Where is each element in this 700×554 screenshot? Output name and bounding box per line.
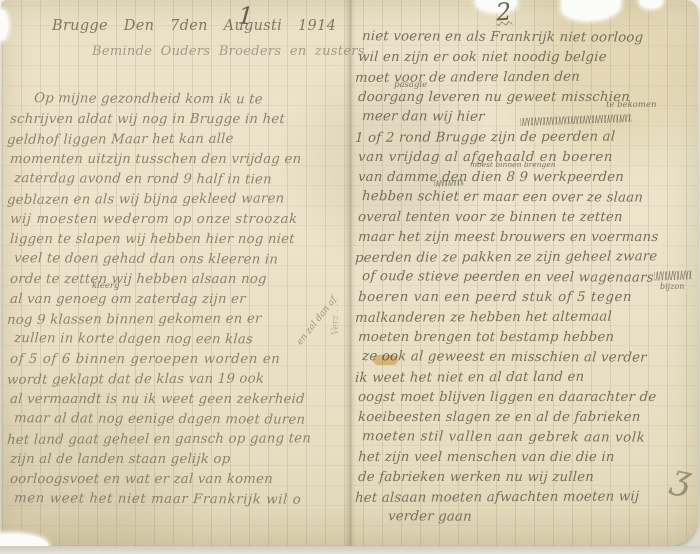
handwritten-line: al van genoeg om zaterdag zijn er bbox=[9, 290, 346, 310]
handwritten-line: zaterdag avond en rond 9 half in tien bbox=[13, 169, 346, 191]
handwritten-line: ze ook al geweest en misschien al verder bbox=[361, 347, 696, 369]
letter-date-heading: Brugge Den 7den Augusti 1914 bbox=[52, 18, 336, 34]
handwritten-line: de fabrieken werken nu wij zullen bbox=[357, 468, 696, 488]
handwritten-line: malkanderen ze hebben het altemaal bbox=[354, 307, 696, 329]
handwritten-line: het land gaat geheel en gansch op gang t… bbox=[6, 429, 346, 451]
handwritten-line: men weet het niet maar Frankrijk wil o bbox=[13, 489, 346, 511]
scribble-mark bbox=[654, 270, 692, 280]
letter-page-1: 1 Brugge Den 7den Augusti 1914 Beminde O… bbox=[6, 0, 346, 546]
handwritten-line: zijn al de landen staan gelijk op bbox=[9, 450, 346, 470]
handwritten-line: verder gaan bbox=[387, 507, 696, 529]
superscript-annotation-pasagie: pasagie bbox=[394, 80, 427, 90]
superscript-annotation-te-bekomen: te bekomen bbox=[606, 100, 656, 110]
page-number-2: 2 bbox=[495, 0, 512, 27]
handwritten-line: wordt geklapt dat de klas van 19 ook bbox=[6, 369, 346, 391]
handwritten-line: 1 of 2 rond Brugge zijn de peerden al bbox=[354, 127, 696, 149]
handwritten-line: niet voeren en als Frankrijk niet oorloo… bbox=[361, 27, 696, 49]
handwritten-line: het alsaan moeten afwachten moeten wij bbox=[354, 487, 696, 509]
page1-body-text: Op mijne gezondheid kom ik u teschrijven… bbox=[10, 90, 346, 510]
handwritten-line: het zijn veel menschen van die die in bbox=[357, 448, 696, 468]
superscript-annotation-moest-binnen-brengen: moest binnen brengen bbox=[470, 160, 556, 169]
handwritten-line: Op mijne gezondheid kom ik u te bbox=[33, 89, 346, 111]
handwritten-line: al vermaandt is nu ik weet geen zekerhei… bbox=[9, 390, 346, 410]
superscript-annotation-bijzon: bijzon bbox=[660, 282, 684, 291]
handwritten-line: boeren van een peerd stuk of 5 tegen bbox=[357, 288, 696, 308]
letter-page-2: 2 niet voeren en als Frankrijk niet oorl… bbox=[354, 0, 696, 546]
scribble-strikethrough-den bbox=[434, 179, 464, 186]
orange-pencil-highlight bbox=[373, 355, 398, 365]
handwritten-line: veel te doen gehad dan ons kleeren in bbox=[13, 249, 346, 271]
handwritten-line: oorloogsvoet en wat er zal van komen bbox=[9, 470, 346, 490]
handwritten-line: of 5 of 6 binnen geroepen worden en bbox=[9, 350, 346, 370]
margin-note-vertical: Verz . . . bbox=[331, 185, 341, 335]
handwritten-line: maar het zijn meest brouwers en voermans bbox=[357, 228, 696, 248]
letter-salutation: Beminde Ouders Broeders en zusters bbox=[92, 44, 365, 59]
handwritten-line: geblazen en als wij bijna gekleed waren bbox=[6, 189, 346, 211]
scan-background-edge bbox=[0, 546, 700, 554]
handwritten-line: ik weet het niet en al dat land en bbox=[354, 367, 696, 389]
handwritten-line: overal tenten voor ze binnen te zetten bbox=[357, 208, 696, 228]
handwritten-line: peerden die ze pakken ze zijn geheel zwa… bbox=[354, 247, 696, 269]
handwritten-line: schrijven aldat wij nog in Brugge in het bbox=[9, 110, 346, 130]
handwritten-line: moeten stil vallen aan gebrek aan volk bbox=[361, 427, 696, 449]
letter-scan: 1 Brugge Den 7den Augusti 1914 Beminde O… bbox=[0, 0, 700, 554]
handwritten-line: hebben schiet er maar een over ze slaan bbox=[361, 187, 696, 209]
handwritten-line: koeibeesten slagen ze en al de fabrieken bbox=[357, 408, 696, 428]
handwritten-line: momenten uitzijn tusschen den vrijdag en bbox=[9, 150, 346, 170]
handwritten-line: wil en zijn er ook niet noodig belgie bbox=[357, 48, 696, 68]
handwritten-line: maar al dat nog eenige dagen moet duren bbox=[13, 409, 346, 431]
handwritten-line: liggen te slapen wij hebben hier nog nie… bbox=[9, 230, 346, 250]
handwritten-line: geldhof liggen Maar het kan alle bbox=[6, 129, 346, 151]
handwritten-line: moeten brengen tot bestamp hebben bbox=[357, 328, 696, 348]
handwritten-line: nog 9 klassen binnen gekomen en er bbox=[6, 309, 346, 331]
handwritten-line: orde te zetten wij hebben alsaan nog bbox=[9, 270, 346, 290]
handwritten-line: van damme den dien 8 9 werkpeerden bbox=[357, 168, 696, 188]
handwritten-line: wij moesten wederom op onze stroozak bbox=[9, 210, 346, 230]
handwritten-line: of oude stieve peerden en veel wagenaars bbox=[361, 267, 696, 289]
superscript-annotation-kleerg: kleerg bbox=[92, 281, 119, 291]
handwritten-line: oogst moet blijven liggen en daarachter … bbox=[357, 388, 696, 408]
